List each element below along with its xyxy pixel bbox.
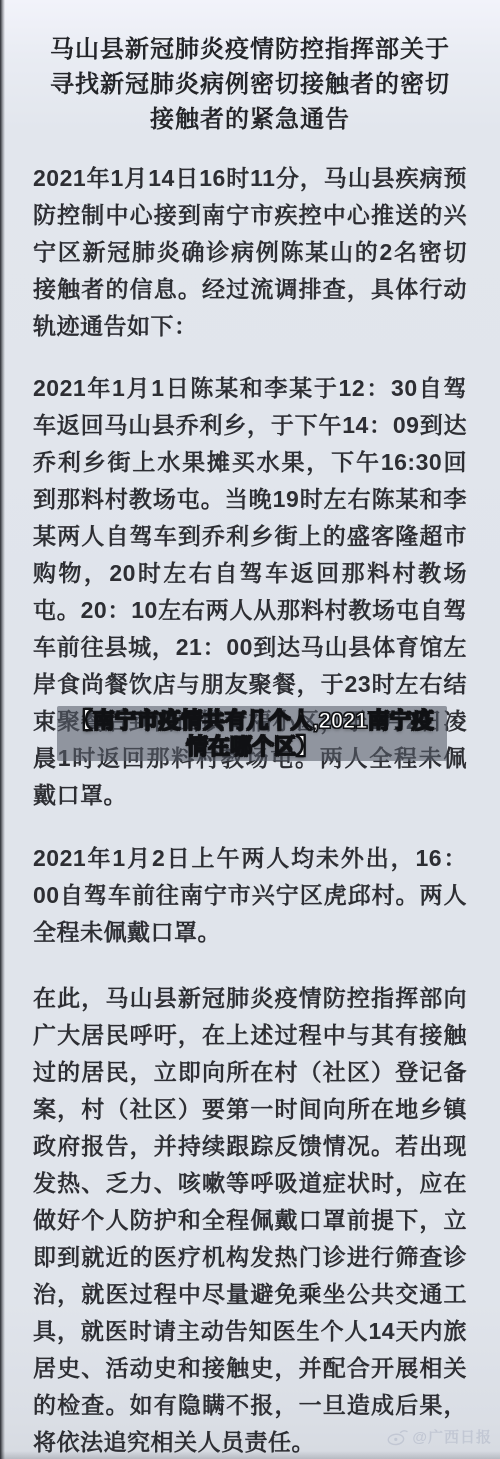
photo-bottom-edge bbox=[0, 1451, 500, 1459]
weibo-watermark-text: @广西日报 bbox=[412, 1426, 492, 1447]
photo-left-edge bbox=[0, 0, 5, 1459]
notice-paragraph-intro: 2021年1月14日16时11分，马山县疾病预防控制中心接到南宁市疾控中心推送的… bbox=[33, 160, 467, 345]
seo-caption-overlay: 【南宁市疫情共有几个人,2021南宁疫情在哪个区】 bbox=[57, 706, 447, 761]
notice-title-line-2: 寻找新冠肺炎病例密切接触者的密切 bbox=[10, 67, 490, 102]
weibo-logo-icon bbox=[387, 1428, 409, 1446]
notice-paragraph-track-jan2: 2021年1月2日上午两人均未外出，16：00自驾车前往南宁市兴宁区虎邱村。两人… bbox=[33, 840, 467, 951]
notice-title-line-1: 马山县新冠肺炎疫情防控指挥部关于 bbox=[10, 32, 490, 67]
notice-title: 马山县新冠肺炎疫情防控指挥部关于 寻找新冠肺炎病例密切接触者的密切 接触者的紧急… bbox=[10, 32, 490, 137]
notice-paragraph-appeal: 在此，马山县新冠肺炎疫情防控指挥部向广大居民呼吁，在上述过程中与其有接触过的居民… bbox=[33, 980, 467, 1459]
seo-caption-text: 【南宁市疫情共有几个人,2021南宁疫情在哪个区】 bbox=[57, 708, 447, 760]
weibo-watermark: @广西日报 bbox=[387, 1426, 492, 1447]
notice-title-line-3: 接触者的紧急通告 bbox=[10, 102, 490, 137]
